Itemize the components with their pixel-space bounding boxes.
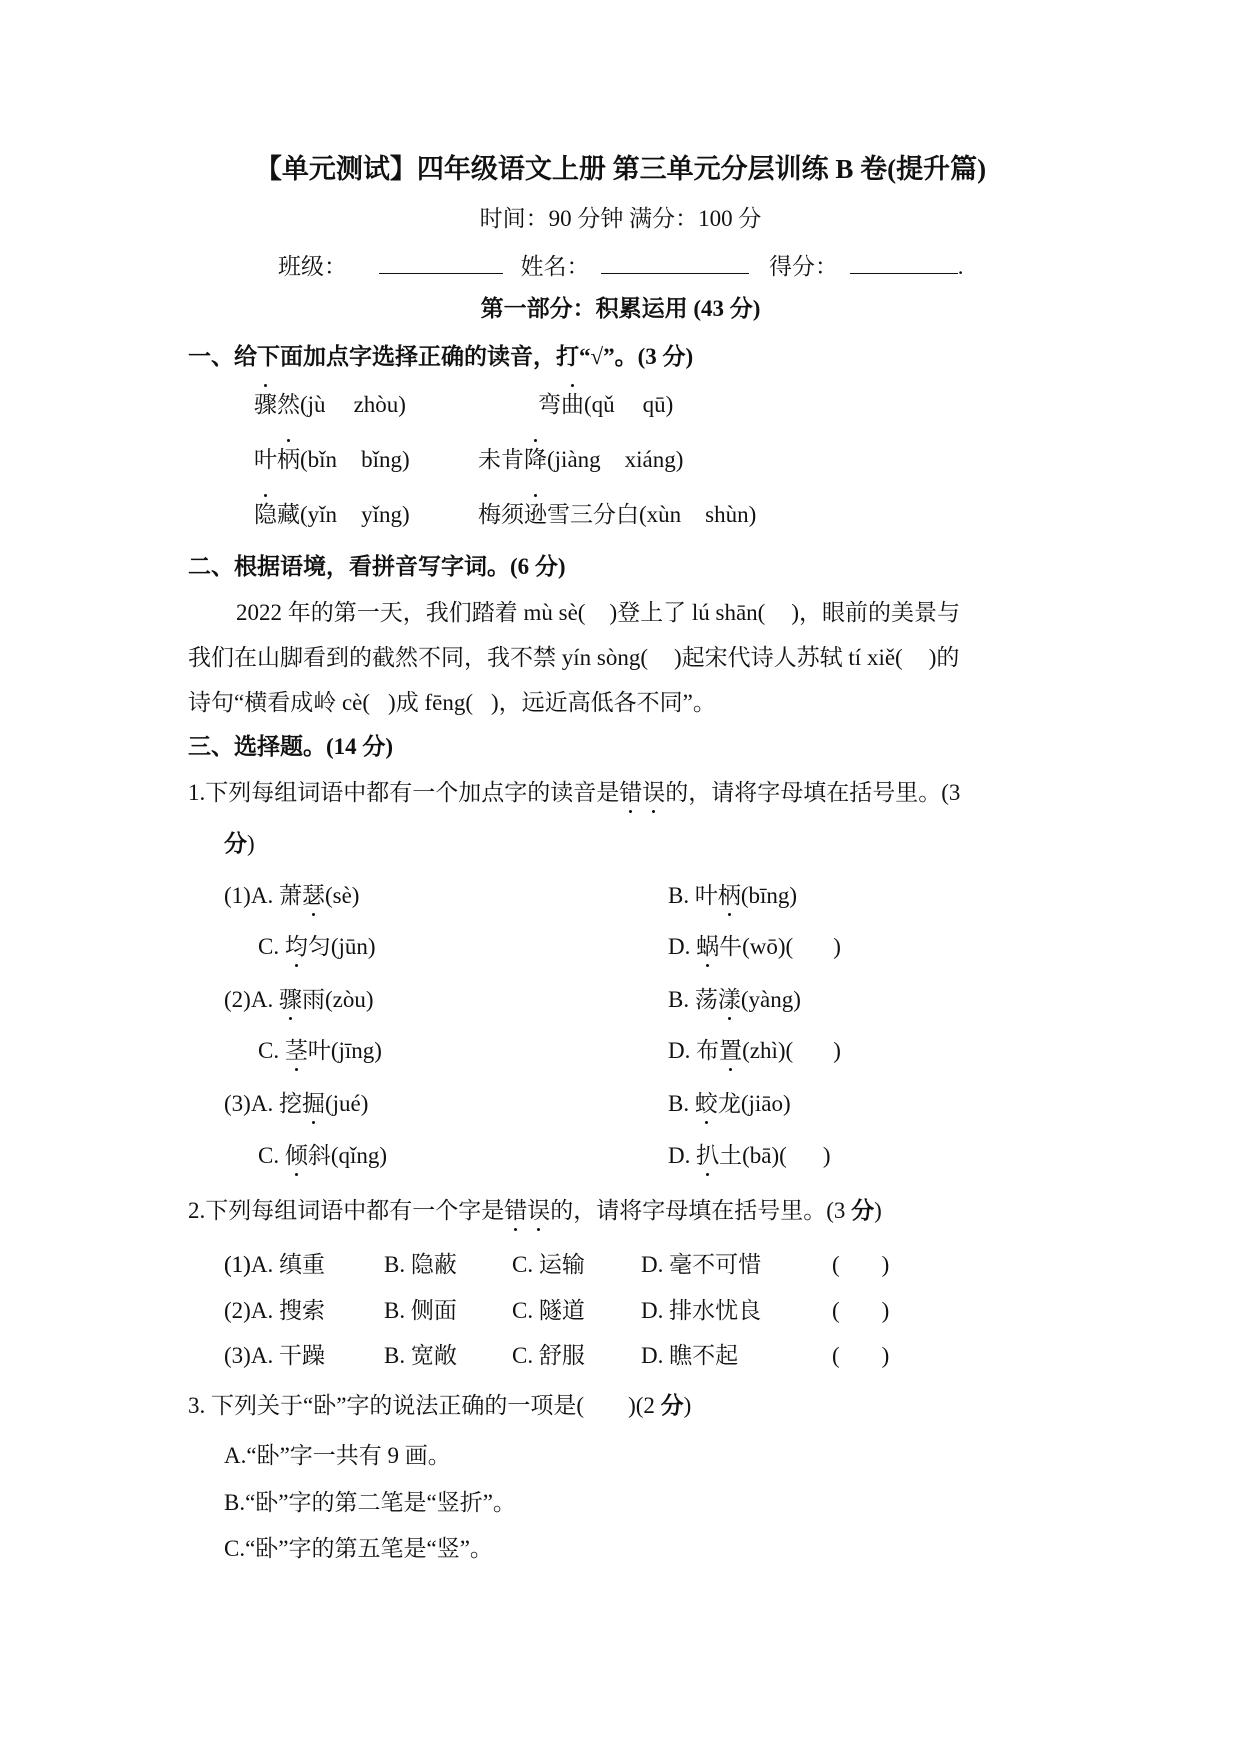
- q2-row-3: (3)A. 干躁: [224, 1344, 325, 1367]
- part-heading: 第一部分：积累运用 (43 分): [0, 297, 1241, 320]
- class-label: 班级：: [278, 254, 347, 279]
- emphasis-char: 误: [527, 1199, 550, 1222]
- pinyin-item: 弯曲(qǔqū): [538, 393, 673, 416]
- option-b[interactable]: B.“卧”字的第二笔是“竖折”。: [224, 1491, 516, 1514]
- option-a[interactable]: (1)A. 萧瑟(sè): [224, 884, 359, 907]
- option-c[interactable]: C. 运输: [512, 1253, 585, 1276]
- page-title: 【单元测试】四年级语文上册 第三单元分层训练 B 卷(提升篇): [0, 156, 1241, 183]
- emphasis-char: 误: [642, 781, 665, 804]
- emphasis-char: 隐: [254, 503, 277, 526]
- option-b[interactable]: B. 蛟龙(jiāo): [668, 1092, 791, 1115]
- option-d[interactable]: D. 扒土(bā)(): [668, 1144, 830, 1167]
- student-info-line: 班级： 姓名： 得分： .: [278, 253, 964, 278]
- pinyin-item: 未肯降(jiàngxiáng): [478, 448, 683, 471]
- emphasis-char: 错: [504, 1199, 527, 1222]
- section2-heading: 二、根据语境，看拼音写字词。(6 分): [188, 555, 566, 578]
- emphasis-char: 柄: [277, 448, 300, 471]
- pinyin-option[interactable]: zhòu): [354, 392, 406, 417]
- name-field[interactable]: [601, 253, 749, 274]
- paragraph-line: 我们在山脚看到的截然不同，我不禁 yín sòng()起宋代诗人苏轼 tí xi…: [188, 646, 959, 669]
- option-c[interactable]: C. 倾斜(qǐng): [258, 1144, 387, 1167]
- pinyin-item: 骤然(jùzhòu): [254, 393, 406, 416]
- name-label: 姓名：: [521, 254, 590, 279]
- option-b[interactable]: B. 叶柄(bīng): [668, 884, 797, 907]
- exam-time-info: 时间：90 分钟 满分：100 分: [0, 207, 1241, 230]
- pinyin-option[interactable]: (bǐn: [300, 447, 337, 472]
- pinyin-option[interactable]: qū): [643, 392, 674, 417]
- option-d[interactable]: D. 毫不可惜: [641, 1253, 761, 1276]
- option-d[interactable]: D. 布置(zhì)(): [668, 1039, 841, 1062]
- pinyin-item: 梅须逊雪三分白(xùnshùn): [478, 503, 756, 526]
- pinyin-item: 隐藏(yǐnyǐng): [254, 503, 410, 526]
- pinyin-option[interactable]: (qǔ: [584, 392, 615, 417]
- pinyin-option[interactable]: (yǐn: [300, 502, 337, 527]
- option-c[interactable]: C. 舒服: [512, 1344, 585, 1367]
- emphasis-char: 骤: [254, 393, 277, 416]
- q2-row-2: (2)A. 搜索: [224, 1299, 325, 1322]
- option-c[interactable]: C. 茎叶(jīng): [258, 1039, 382, 1062]
- pinyin-option[interactable]: bǐng): [361, 447, 410, 472]
- option-b[interactable]: B. 荡漾(yàng): [668, 988, 801, 1011]
- option-a[interactable]: (3)A. 挖掘(jué): [224, 1092, 368, 1115]
- pinyin-option[interactable]: shùn): [705, 502, 756, 527]
- emphasis-char: 降: [524, 448, 547, 471]
- option-c[interactable]: C.“卧”字的第五笔是“竖”。: [224, 1537, 493, 1560]
- emphasis-char: 错: [619, 781, 642, 804]
- option-b[interactable]: B. 侧面: [384, 1299, 457, 1322]
- score-field[interactable]: [850, 253, 958, 274]
- question-2-stem: 2.下列每组词语中都有一个字是错误的，请将字母填在括号里。(3 分): [188, 1199, 882, 1222]
- question-1-stem-cont: 分): [224, 832, 255, 855]
- option-a[interactable]: (2)A. 骤雨(zòu): [224, 988, 373, 1011]
- section1-heading: 一、给下面加点字选择正确的读音，打“√”。(3 分): [188, 345, 693, 368]
- question-3-stem: 3. 下列关于“卧”字的说法正确的一项是()(2 分): [188, 1394, 691, 1417]
- option-b[interactable]: B. 宽敞: [384, 1344, 457, 1367]
- section3-heading: 三、选择题。(14 分): [188, 735, 393, 758]
- pinyin-option[interactable]: (jiàng: [547, 447, 601, 472]
- pinyin-option[interactable]: xiáng): [625, 447, 684, 472]
- pinyin-option[interactable]: (jù: [300, 392, 326, 417]
- pinyin-item: 叶柄(bǐnbǐng): [254, 448, 410, 471]
- score-label: 得分：: [769, 254, 838, 279]
- option-a[interactable]: A.“卧”字一共有 9 画。: [224, 1444, 451, 1467]
- q2-row-1: (1)A. 缜重: [224, 1253, 325, 1276]
- option-d[interactable]: D. 排水忧良: [641, 1299, 761, 1322]
- answer-paren[interactable]: (): [832, 1253, 889, 1276]
- option-d[interactable]: D. 瞧不起: [641, 1344, 738, 1367]
- answer-paren[interactable]: (): [832, 1299, 889, 1322]
- class-field[interactable]: [379, 253, 503, 274]
- pinyin-option[interactable]: yǐng): [361, 502, 410, 527]
- option-d[interactable]: D. 蜗牛(wō)(): [668, 935, 841, 958]
- score-end-period: .: [958, 254, 964, 279]
- option-c[interactable]: C. 均匀(jūn): [258, 935, 376, 958]
- answer-paren[interactable]: (): [832, 1344, 889, 1367]
- paragraph-line: 诗句“横看成岭 cè()成 fēng()，远近高低各不同”。: [188, 691, 716, 714]
- option-b[interactable]: B. 隐蔽: [384, 1253, 457, 1276]
- emphasis-char: 曲: [561, 393, 584, 416]
- paragraph-line: 2022 年的第一天，我们踏着 mù sè()登上了 lú shān()，眼前的…: [236, 601, 960, 624]
- option-c[interactable]: C. 隧道: [512, 1299, 585, 1322]
- pinyin-option[interactable]: (xùn: [639, 502, 681, 527]
- emphasis-char: 逊: [524, 503, 547, 526]
- question-1-stem: 1.下列每组词语中都有一个加点字的读音是错误的，请将字母填在括号里。(3: [188, 781, 960, 804]
